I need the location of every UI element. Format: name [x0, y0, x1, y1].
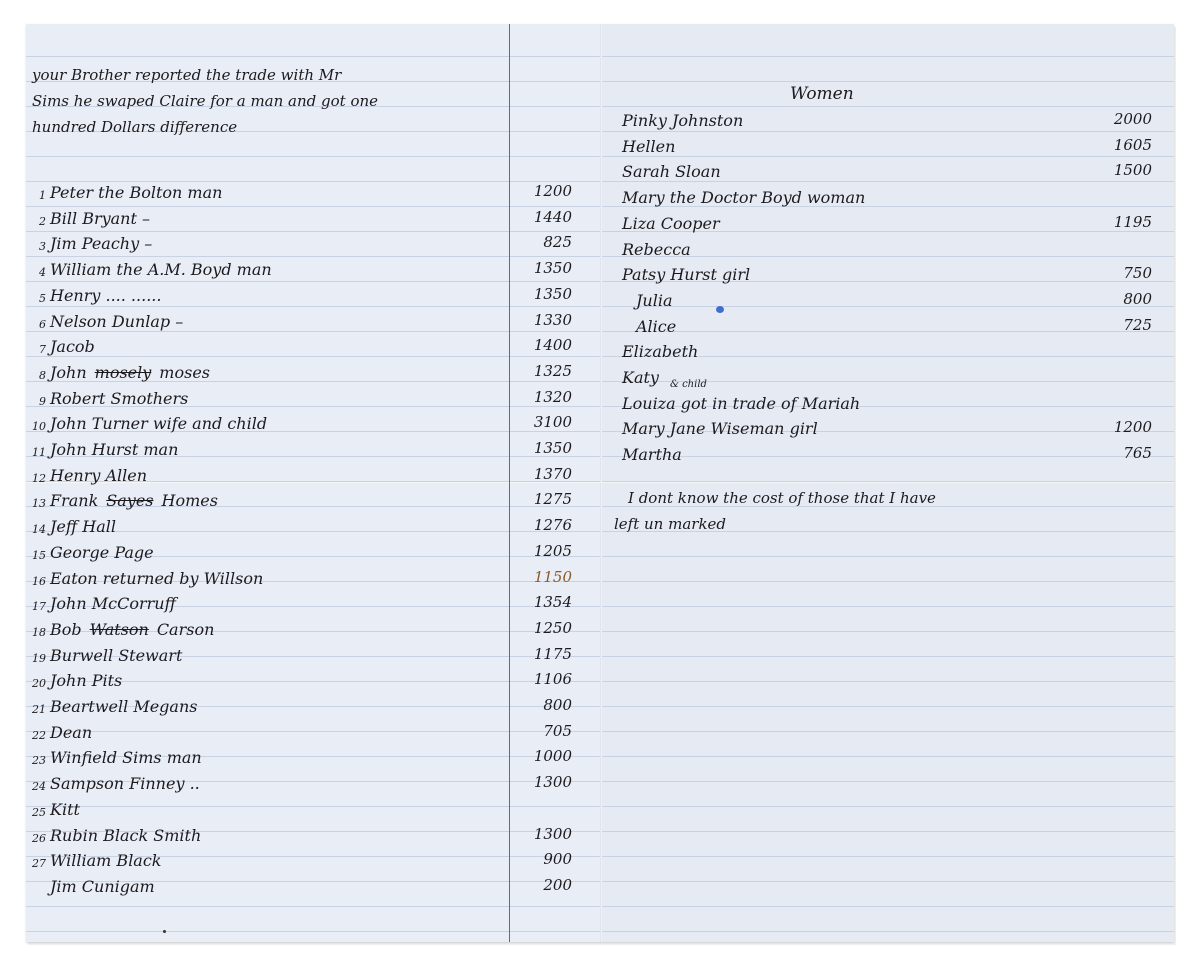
women-heading: Women	[790, 84, 854, 104]
row-number: 12	[28, 472, 46, 485]
person-name: Jim Peachy –	[50, 234, 152, 253]
price-value: 1106	[502, 670, 572, 688]
price-value: 1276	[502, 516, 572, 534]
ledger-row: 10John Turner wife and child	[28, 409, 267, 433]
ledger-row: 20John Pits	[28, 666, 122, 690]
person-name: Liza Cooper	[622, 214, 720, 233]
row-number: 16	[28, 575, 46, 588]
center-fold	[600, 24, 602, 942]
person-name: George Page	[50, 543, 154, 562]
price-value: 2000	[1082, 110, 1152, 128]
row-number: 1	[28, 189, 46, 202]
ledger-row: Martha	[622, 440, 682, 464]
ledger-row: Julia	[636, 286, 673, 310]
person-name: Sarah Sloan	[622, 162, 721, 181]
ledger-row: 19Burwell Stewart	[28, 641, 182, 665]
price-value: 800	[1082, 290, 1152, 308]
person-name: Peter the Bolton man	[50, 183, 222, 202]
price-value: 1300	[502, 773, 572, 791]
price-value: 1000	[502, 747, 572, 765]
row-number: 25	[28, 806, 46, 819]
person-name: Bill Bryant –	[50, 209, 150, 228]
intro-line: hundred Dollars difference	[32, 114, 532, 140]
row-number: 6	[28, 318, 46, 331]
person-name: Beartwell Megans	[50, 697, 197, 716]
ledger-row: Pinky Johnston	[622, 106, 743, 130]
row-number: 27	[28, 857, 46, 870]
person-name: John McCorruff	[50, 594, 176, 613]
ledger-row: 7Jacob	[28, 332, 95, 356]
ledger-row: 8Johnmoselymoses	[28, 358, 210, 382]
price-value: 1350	[502, 259, 572, 277]
struck-word: mosely	[95, 363, 152, 382]
person-name: Sampson Finney ..	[50, 774, 200, 793]
price-value: 1205	[502, 542, 572, 560]
ledger-row: Rebecca	[622, 235, 691, 259]
person-name: Hellen	[622, 137, 675, 156]
price-value: 1200	[1082, 418, 1152, 436]
price-value: 1320	[502, 388, 572, 406]
ledger-row: 5Henry .... ......	[28, 281, 161, 305]
ledger-row: 9Robert Smothers	[28, 384, 188, 408]
person-name: William Black	[50, 851, 162, 870]
person-name: Burwell Stewart	[50, 646, 182, 665]
ledger-row: 3Jim Peachy –	[28, 229, 152, 253]
ledger-row: Jim Cunigam	[28, 872, 155, 896]
person-name: Robert Smothers	[50, 389, 188, 408]
ledger-row: Elizabeth	[622, 337, 698, 361]
price-value: 1350	[502, 285, 572, 303]
person-name: John Pits	[50, 671, 122, 690]
ledger-row: Hellen	[622, 132, 675, 156]
ledger-row: Louiza got in trade of Mariah& child	[622, 389, 860, 413]
row-number: 11	[28, 446, 46, 459]
price-value: 3100	[502, 413, 572, 431]
person-name: Eaton returned by Willson	[50, 569, 263, 588]
person-name: Kitt	[50, 800, 80, 819]
struck-word: Sayes	[106, 491, 153, 510]
row-number: 2	[28, 215, 46, 228]
ledger-row: 6Nelson Dunlap –	[28, 307, 183, 331]
name-correction: Homes	[162, 491, 218, 510]
name-correction: Carson	[157, 620, 215, 639]
person-name: John	[50, 363, 87, 382]
ledger-row: 25Kitt	[28, 795, 80, 819]
price-value: 1200	[502, 182, 572, 200]
price-column-rule	[509, 24, 510, 942]
person-name: William the A.M. Boyd man	[50, 260, 272, 279]
ledger-sheet	[26, 24, 1174, 942]
person-name: Patsy Hurst girl	[622, 265, 750, 284]
ledger-row: 18BobWatsonCarson	[28, 615, 214, 639]
person-name: John Hurst man	[50, 440, 178, 459]
ledger-row: 1Peter the Bolton man	[28, 178, 222, 202]
price-value: 825	[502, 233, 572, 251]
row-number: 13	[28, 497, 46, 510]
ledger-row: 13FrankSayesHomes	[28, 486, 218, 510]
intro-note: your Brother reported the trade with Mr …	[32, 62, 532, 140]
row-number: 14	[28, 523, 46, 536]
ledger-row: Patsy Hurst girl	[622, 260, 750, 284]
ledger-row: 24Sampson Finney ..	[28, 769, 200, 793]
price-value: 1605	[1082, 136, 1152, 154]
person-name: Alice	[636, 317, 676, 336]
price-value: 1300	[502, 825, 572, 843]
ink-dot	[163, 930, 166, 933]
ledger-row: Sarah Sloan	[622, 157, 721, 181]
person-name: Henry Allen	[50, 466, 147, 485]
row-number: 4	[28, 266, 46, 279]
row-number: 10	[28, 420, 46, 433]
intro-line: your Brother reported the trade with Mr	[32, 62, 532, 88]
person-name: Winfield Sims man	[50, 748, 202, 767]
ledger-row: 14Jeff Hall	[28, 512, 116, 536]
price-value: 900	[502, 850, 572, 868]
price-value: 750	[1082, 264, 1152, 282]
ledger-row: 11John Hurst man	[28, 435, 178, 459]
ledger-row: 15George Page	[28, 538, 154, 562]
person-name: John Turner wife and child	[50, 414, 267, 433]
ledger-row: Katy	[622, 363, 659, 387]
person-name: Elizabeth	[622, 342, 698, 361]
horizontal-fold	[26, 482, 1174, 483]
ledger-row: 12Henry Allen	[28, 461, 147, 485]
ink-blot	[716, 306, 724, 313]
price-value: 705	[502, 722, 572, 740]
price-value: 1500	[1082, 161, 1152, 179]
row-number: 7	[28, 343, 46, 356]
price-value: 1370	[502, 465, 572, 483]
price-value: 1325	[502, 362, 572, 380]
ledger-row: 27William Black	[28, 846, 162, 870]
row-number: 22	[28, 729, 46, 742]
person-name: Henry .... ......	[50, 286, 161, 305]
name-correction: moses	[159, 363, 210, 382]
person-name: Louiza got in trade of Mariah	[622, 394, 860, 413]
ledger-row: 22Dean	[28, 718, 92, 742]
price-value: 1400	[502, 336, 572, 354]
person-name: Frank	[50, 491, 98, 510]
price-value: 1275	[502, 490, 572, 508]
person-name: Bob	[50, 620, 82, 639]
person-name: Julia	[636, 291, 673, 310]
price-value: 1195	[1082, 213, 1152, 231]
price-value: 800	[502, 696, 572, 714]
ledger-row: 23Winfield Sims man	[28, 743, 202, 767]
person-name: Mary the Doctor Boyd woman	[622, 188, 865, 207]
row-number: 23	[28, 754, 46, 767]
person-name: Pinky Johnston	[622, 111, 743, 130]
closing-note: I dont know the cost of those that I hav…	[614, 485, 1144, 537]
price-value: 200	[502, 876, 572, 894]
note-line: I dont know the cost of those that I hav…	[614, 485, 1144, 511]
superscript-note: & child	[670, 379, 707, 390]
ledger-row: 26Rubin Black Smith	[28, 821, 201, 845]
ledger-row: Mary the Doctor Boyd woman	[622, 183, 865, 207]
ledger-row: 4William the A.M. Boyd man	[28, 255, 272, 279]
row-number: 24	[28, 780, 46, 793]
price-value: 1330	[502, 311, 572, 329]
struck-word: Watson	[90, 620, 149, 639]
row-number: 5	[28, 292, 46, 305]
ledger-row: Mary Jane Wiseman girl	[622, 414, 818, 438]
person-name: Jacob	[50, 337, 95, 356]
person-name: Nelson Dunlap –	[50, 312, 183, 331]
person-name: Katy	[622, 368, 659, 387]
row-number: 18	[28, 626, 46, 639]
row-number: 8	[28, 369, 46, 382]
person-name: Jeff Hall	[50, 517, 116, 536]
price-value: 1354	[502, 593, 572, 611]
row-number: 15	[28, 549, 46, 562]
price-value: 765	[1082, 444, 1152, 462]
person-name: Martha	[622, 445, 682, 464]
row-number: 17	[28, 600, 46, 613]
ledger-row: Alice	[636, 312, 676, 336]
ledger-row: 16Eaton returned by Willson	[28, 564, 263, 588]
person-name: Jim Cunigam	[50, 877, 155, 896]
price-value: 1440	[502, 208, 572, 226]
row-number: 20	[28, 677, 46, 690]
person-name: Mary Jane Wiseman girl	[622, 419, 818, 438]
person-name: Rubin Black Smith	[50, 826, 201, 845]
price-value: 1175	[502, 645, 572, 663]
row-number: 9	[28, 395, 46, 408]
note-line: left un marked	[614, 511, 1144, 537]
price-value: 1150	[502, 568, 572, 586]
intro-line: Sims he swaped Claire for a man and got …	[32, 88, 532, 114]
ledger-row: 2Bill Bryant –	[28, 204, 150, 228]
row-number: 21	[28, 703, 46, 716]
person-name: Dean	[50, 723, 92, 742]
ledger-row: 21Beartwell Megans	[28, 692, 197, 716]
ledger-row: 17John McCorruff	[28, 589, 176, 613]
price-value: 1250	[502, 619, 572, 637]
ledger-row: Liza Cooper	[622, 209, 720, 233]
price-value: 725	[1082, 316, 1152, 334]
row-number: 26	[28, 832, 46, 845]
row-number: 19	[28, 652, 46, 665]
person-name: Rebecca	[622, 240, 691, 259]
price-value: 1350	[502, 439, 572, 457]
row-number: 3	[28, 240, 46, 253]
